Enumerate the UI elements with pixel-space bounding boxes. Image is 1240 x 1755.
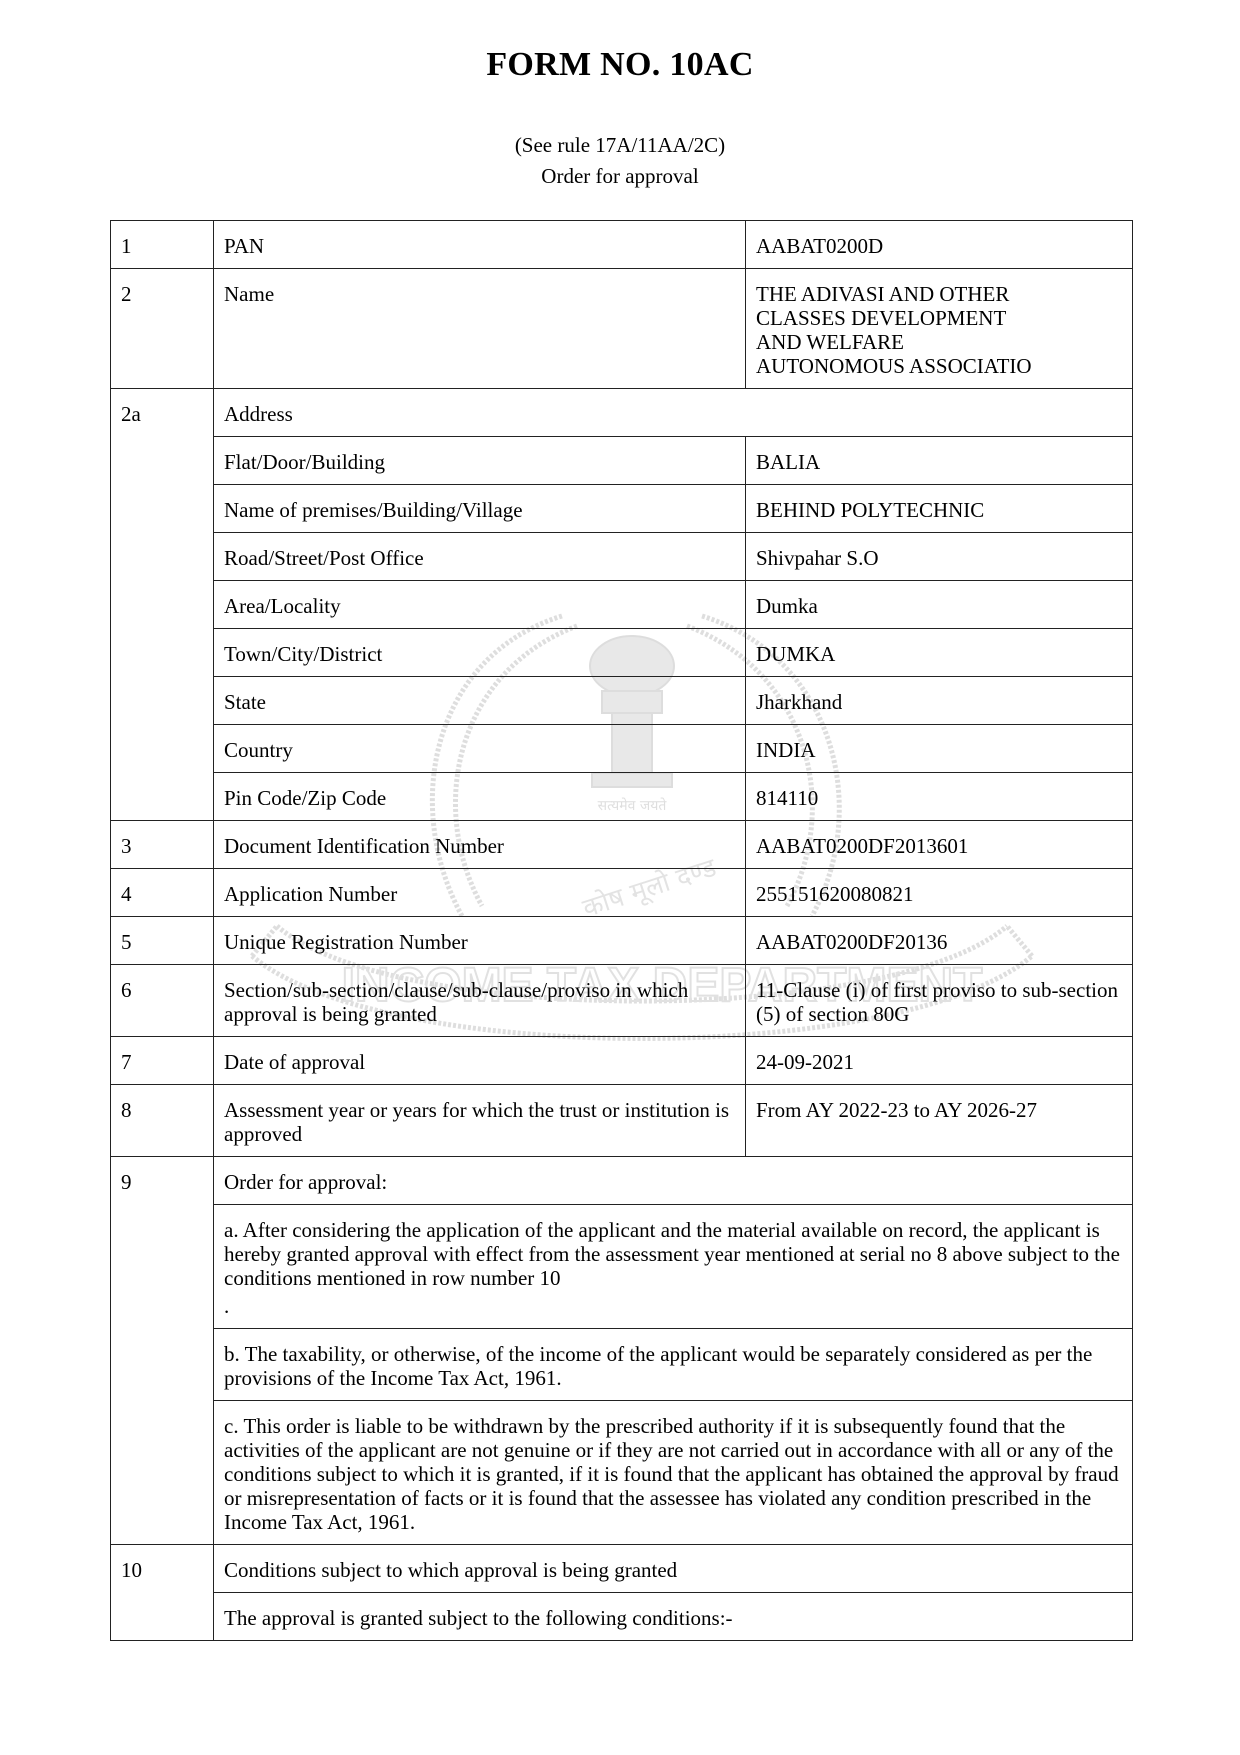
table-row-order: 9 Order for approval: [111, 1157, 1133, 1205]
order-clause-b: b. The taxability, or otherwise, of the … [214, 1329, 1133, 1401]
conditions-label: Conditions subject to which approval is … [214, 1545, 1133, 1593]
table-row-urn: 5 Unique Registration Number AABAT0200DF… [111, 917, 1133, 965]
address-field-label: Road/Street/Post Office [214, 533, 746, 581]
address-field-value: BEHIND POLYTECHNIC [746, 485, 1133, 533]
address-field-value: 814110 [746, 773, 1133, 821]
address-field-row: State Jharkhand [111, 677, 1133, 725]
serial-number: 1 [111, 221, 214, 269]
address-field-value: Dumka [746, 581, 1133, 629]
order-heading: Order for approval [0, 161, 1240, 192]
address-label: Address [214, 389, 1133, 437]
address-field-label: Name of premises/Building/Village [214, 485, 746, 533]
order-label: Order for approval: [214, 1157, 1133, 1205]
serial-number: 5 [111, 917, 214, 965]
table-row-pan: 1 PAN AABAT0200D [111, 221, 1133, 269]
address-field-label: Pin Code/Zip Code [214, 773, 746, 821]
order-clause-row: b. The taxability, or otherwise, of the … [111, 1329, 1133, 1401]
approval-form-table: 1 PAN AABAT0200D 2 Name THE ADIVASI AND … [110, 220, 1133, 1641]
assessment-years-value: From AY 2022-23 to AY 2026-27 [746, 1085, 1133, 1157]
pan-value: AABAT0200D [746, 221, 1133, 269]
serial-number: 10 [111, 1545, 214, 1641]
table-row-din: 3 Document Identification Number AABAT02… [111, 821, 1133, 869]
address-field-label: State [214, 677, 746, 725]
order-clause-c: c. This order is liable to be withdrawn … [214, 1401, 1133, 1545]
application-number-value: 255151620080821 [746, 869, 1133, 917]
table-row-assessment-years: 8 Assessment year or years for which the… [111, 1085, 1133, 1157]
date-of-approval-value: 24-09-2021 [746, 1037, 1133, 1085]
address-field-row: Country INDIA [111, 725, 1133, 773]
section-label: Section/sub-section/clause/sub-clause/pr… [214, 965, 746, 1037]
address-field-label: Town/City/District [214, 629, 746, 677]
serial-number: 7 [111, 1037, 214, 1085]
address-field-label: Flat/Door/Building [214, 437, 746, 485]
table-row-conditions: 10 Conditions subject to which approval … [111, 1545, 1133, 1593]
table-row-date-of-approval: 7 Date of approval 24-09-2021 [111, 1037, 1133, 1085]
form-title: FORM NO. 10AC [0, 46, 1240, 84]
pan-label: PAN [214, 221, 746, 269]
address-field-label: Country [214, 725, 746, 773]
address-field-value: Jharkhand [746, 677, 1133, 725]
form-subtitle: (See rule 17A/11AA/2C) Order for approva… [0, 130, 1240, 192]
serial-number: 2 [111, 269, 214, 389]
table-row-section: 6 Section/sub-section/clause/sub-clause/… [111, 965, 1133, 1037]
serial-number: 2a [111, 389, 214, 821]
conditions-intro: The approval is granted subject to the f… [214, 1593, 1133, 1641]
application-number-label: Application Number [214, 869, 746, 917]
name-label: Name [214, 269, 746, 389]
serial-number: 6 [111, 965, 214, 1037]
address-field-value: INDIA [746, 725, 1133, 773]
address-field-row: Road/Street/Post Office Shivpahar S.O [111, 533, 1133, 581]
order-clause-a: a. After considering the application of … [214, 1205, 1133, 1329]
urn-value: AABAT0200DF20136 [746, 917, 1133, 965]
rule-reference: (See rule 17A/11AA/2C) [0, 130, 1240, 161]
urn-label: Unique Registration Number [214, 917, 746, 965]
address-field-row: Area/Locality Dumka [111, 581, 1133, 629]
table-row-address: 2a Address [111, 389, 1133, 437]
serial-number: 9 [111, 1157, 214, 1545]
address-field-value: Shivpahar S.O [746, 533, 1133, 581]
section-value: 11-Clause (i) of first proviso to sub-se… [746, 965, 1133, 1037]
conditions-intro-row: The approval is granted subject to the f… [111, 1593, 1133, 1641]
address-field-row: Town/City/District DUMKA [111, 629, 1133, 677]
serial-number: 8 [111, 1085, 214, 1157]
table-row-name: 2 Name THE ADIVASI AND OTHER CLASSES DEV… [111, 269, 1133, 389]
order-clause-row: a. After considering the application of … [111, 1205, 1133, 1329]
address-field-value: BALIA [746, 437, 1133, 485]
din-label: Document Identification Number [214, 821, 746, 869]
address-field-label: Area/Locality [214, 581, 746, 629]
serial-number: 3 [111, 821, 214, 869]
date-of-approval-label: Date of approval [214, 1037, 746, 1085]
assessment-years-label: Assessment year or years for which the t… [214, 1085, 746, 1157]
address-field-value: DUMKA [746, 629, 1133, 677]
address-field-row: Pin Code/Zip Code 814110 [111, 773, 1133, 821]
name-value: THE ADIVASI AND OTHER CLASSES DEVELOPMEN… [746, 269, 1133, 389]
table-row-application-number: 4 Application Number 255151620080821 [111, 869, 1133, 917]
address-field-row: Flat/Door/Building BALIA [111, 437, 1133, 485]
din-value: AABAT0200DF2013601 [746, 821, 1133, 869]
address-field-row: Name of premises/Building/Village BEHIND… [111, 485, 1133, 533]
order-clause-row: c. This order is liable to be withdrawn … [111, 1401, 1133, 1545]
serial-number: 4 [111, 869, 214, 917]
